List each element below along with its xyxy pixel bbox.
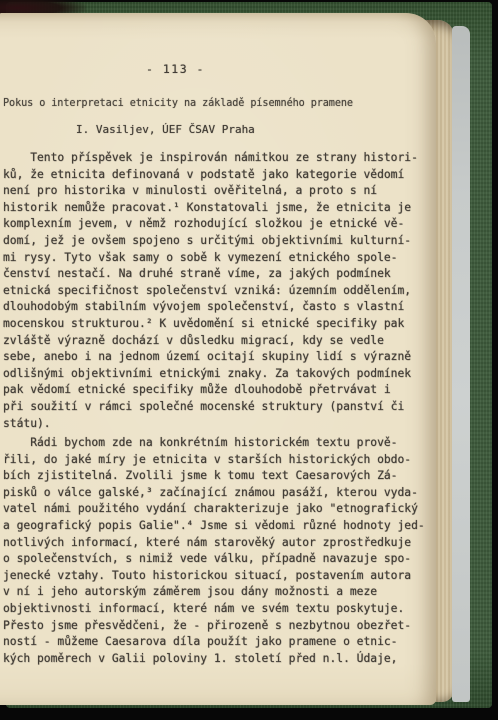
paragraph: Rádi bychom zde na konkrétním historické… bbox=[3, 435, 433, 667]
book-page: - 113 - Pokus o interpretaci etnicity na… bbox=[0, 13, 436, 705]
article-author: I. Vasiljev, ÚEF ČSAV Praha bbox=[76, 123, 255, 136]
insert-sheet bbox=[452, 26, 470, 702]
paragraph: Tento příspěvek je inspirován námitkou z… bbox=[3, 150, 433, 432]
article-body: Tento příspěvek je inspirován námitkou z… bbox=[3, 150, 433, 667]
article-title: Pokus o interpretaci etnicity na základě… bbox=[3, 98, 353, 109]
book-photo: - 113 - Pokus o interpretaci etnicity na… bbox=[0, 0, 498, 720]
page-number: - 113 - bbox=[146, 62, 205, 76]
